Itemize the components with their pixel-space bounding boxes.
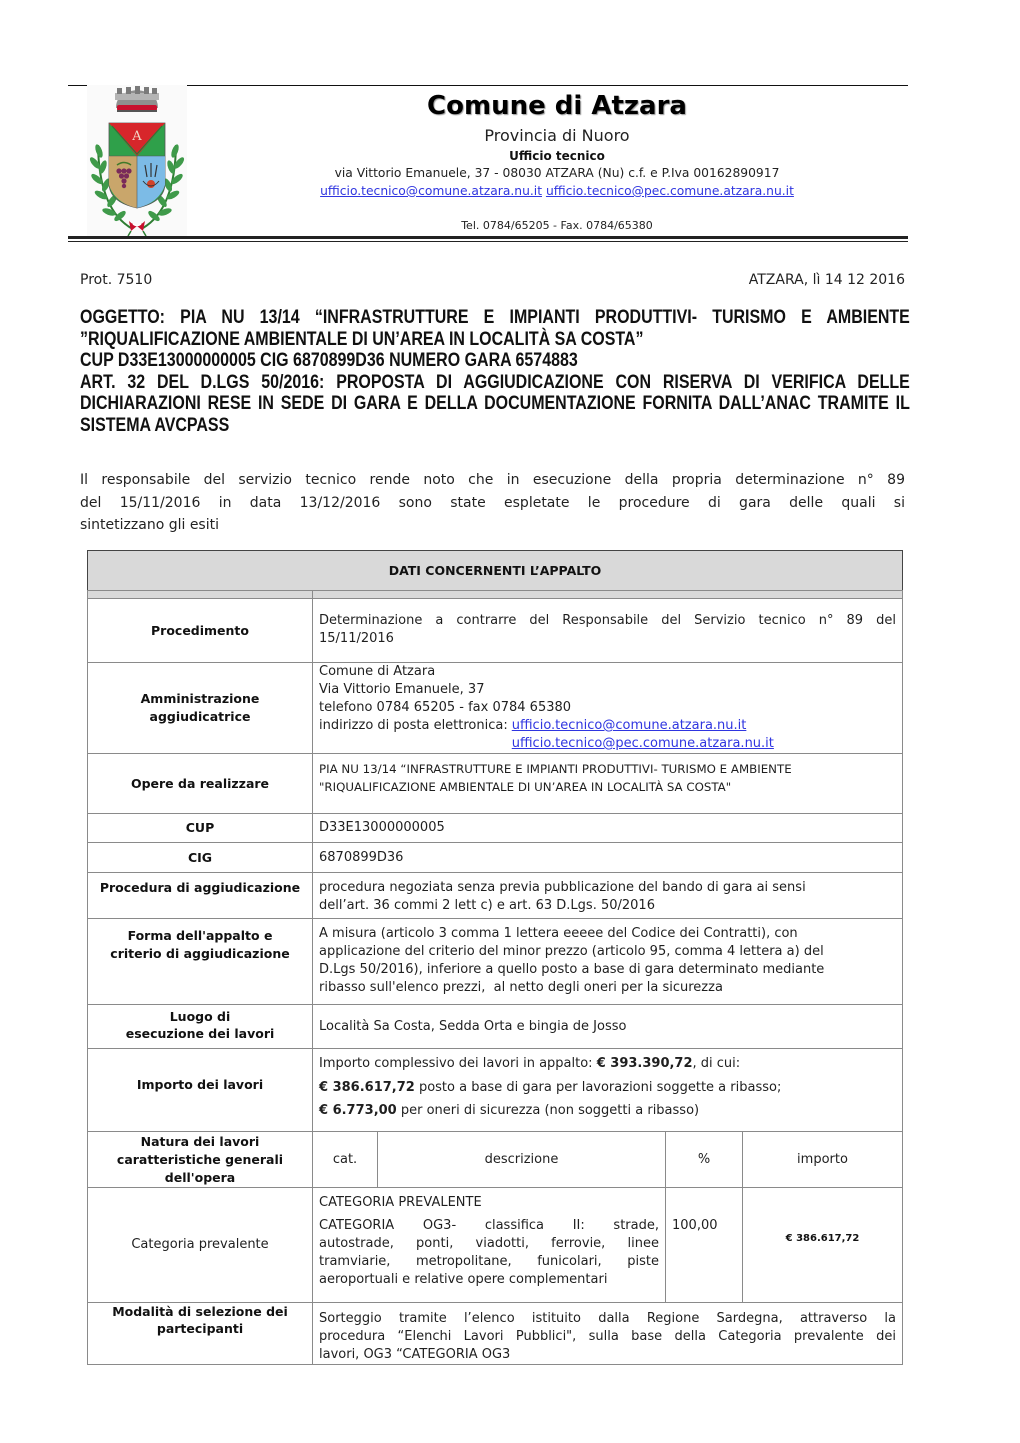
row-forma: Forma dell'appalto e criterio di aggiudi… bbox=[88, 919, 903, 1005]
svg-text:A: A bbox=[131, 129, 142, 144]
table-header-strip bbox=[88, 591, 903, 599]
row-categoria: Categoria prevalente CATEGORIA PREVALENT… bbox=[88, 1188, 903, 1303]
row-natura: Natura dei lavori caratteristiche genera… bbox=[88, 1132, 903, 1188]
row-label: Natura dei lavori caratteristiche genera… bbox=[88, 1132, 313, 1188]
row-value: PIA NU 13/14 “INFRASTRUTTURE E IMPIANTI … bbox=[313, 754, 903, 814]
email-label: indirizzo di posta elettronica: bbox=[319, 717, 508, 753]
contract-data-table: DATI CONCERNENTI L’APPALTO Procedimento … bbox=[87, 550, 903, 1365]
column-header-percent: % bbox=[666, 1132, 743, 1188]
row-label: Modalità di selezione dei partecipanti bbox=[88, 1303, 313, 1365]
row-label: Forma dell'appalto e criterio di aggiudi… bbox=[88, 919, 313, 1005]
intro-line: sintetizzano gli esiti bbox=[80, 514, 905, 537]
province-name: Provincia di Nuoro bbox=[296, 126, 818, 146]
row-value: procedura negoziata senza previa pubblic… bbox=[313, 873, 903, 919]
subject-line: CUP D33E13000000005 CIG 6870899D36 NUMER… bbox=[80, 350, 910, 372]
intro-line: Il responsabile del servizio tecnico ren… bbox=[80, 469, 905, 492]
row-label: Procedimento bbox=[88, 599, 313, 663]
row-value: Determinazione a contrarre del Responsab… bbox=[313, 599, 903, 663]
column-header-descrizione: descrizione bbox=[378, 1132, 666, 1188]
phone-fax: Tel. 0784/65205 - Fax. 0784/65380 bbox=[296, 218, 818, 234]
row-label: CIG bbox=[88, 843, 313, 873]
row-procedimento: Procedimento Determinazione a contrarre … bbox=[88, 599, 903, 663]
safety-amount: € 6.773,00 bbox=[319, 1103, 397, 1118]
coat-of-arms-icon: A bbox=[87, 85, 187, 237]
office-name: Ufficio tecnico bbox=[296, 148, 818, 164]
header-top-rule bbox=[68, 85, 908, 86]
row-cup: CUP D33E13000000005 bbox=[88, 814, 903, 843]
row-label: CUP bbox=[88, 814, 313, 843]
intro-line: del 15/11/2016 in data 13/12/2016 sono s… bbox=[80, 492, 905, 515]
categoria-percent: 100,00 bbox=[666, 1188, 743, 1303]
subject-line: ART. 32 DEL D.LGS 50/2016: PROPOSTA DI A… bbox=[80, 372, 910, 394]
row-importo: Importo dei lavori Importo complessivo d… bbox=[88, 1049, 903, 1132]
row-label: Opere da realizzare bbox=[88, 754, 313, 814]
row-opere: Opere da realizzare PIA NU 13/14 “INFRAS… bbox=[88, 754, 903, 814]
column-header-cat: cat. bbox=[313, 1132, 378, 1188]
header-email-links: ufficio.tecnico@comune.atzara.nu.it uffi… bbox=[296, 183, 818, 199]
header-bottom-rule-thin bbox=[68, 241, 908, 242]
cig-value: 6870899D36 bbox=[313, 843, 903, 873]
table-header-row: DATI CONCERNENTI L’APPALTO bbox=[88, 551, 903, 591]
email-link-office[interactable]: ufficio.tecnico@comune.atzara.nu.it bbox=[320, 184, 542, 198]
row-value: A misura (articolo 3 comma 1 lettera eee… bbox=[313, 919, 903, 1005]
row-value: Comune di Atzara Via Vittorio Emanuele, … bbox=[313, 663, 903, 754]
email-link-office[interactable]: ufficio.tecnico@comune.atzara.nu.it bbox=[512, 717, 774, 735]
office-address: via Vittorio Emanuele, 37 - 08030 ATZARA… bbox=[296, 165, 818, 181]
cup-value: D33E13000000005 bbox=[313, 814, 903, 843]
categoria-description: CATEGORIA PREVALENTE CATEGORIA OG3- clas… bbox=[313, 1188, 666, 1303]
row-procedura: Procedura di aggiudicazione procedura ne… bbox=[88, 873, 903, 919]
row-label: Procedura di aggiudicazione bbox=[88, 873, 313, 919]
subject-line: SISTEMA AVCPASS bbox=[80, 415, 910, 437]
row-label: Amministrazione aggiudicatrice bbox=[88, 663, 313, 754]
subject-block: OGGETTO: PIA NU 13/14 “INFRASTRUTTURE E … bbox=[80, 307, 910, 437]
base-amount: € 386.617,72 bbox=[319, 1080, 415, 1095]
protocol-number: Prot. 7510 bbox=[80, 270, 152, 290]
table-title: DATI CONCERNENTI L’APPALTO bbox=[88, 551, 903, 591]
row-luogo: Luogo di esecuzione dei lavori Località … bbox=[88, 1005, 903, 1049]
row-cig: CIG 6870899D36 bbox=[88, 843, 903, 873]
row-amministrazione: Amministrazione aggiudicatrice Comune di… bbox=[88, 663, 903, 754]
intro-paragraph: Il responsabile del servizio tecnico ren… bbox=[80, 469, 905, 537]
subject-line: DICHIARAZIONI RESE IN SEDE DI GARA E DEL… bbox=[80, 393, 910, 415]
row-value: Località Sa Costa, Sedda Orta e bingia d… bbox=[313, 1005, 903, 1049]
place-date: ATZARA, lì 14 12 2016 bbox=[749, 270, 905, 290]
column-header-importo: importo bbox=[743, 1132, 903, 1188]
header-bottom-rule bbox=[68, 236, 908, 239]
email-link-pec[interactable]: ufficio.tecnico@pec.comune.atzara.nu.it bbox=[512, 735, 774, 753]
categoria-amount: € 386.617,72 bbox=[743, 1188, 903, 1303]
row-label: Importo dei lavori bbox=[88, 1049, 313, 1132]
subject-line: OGGETTO: PIA NU 13/14 “INFRASTRUTTURE E … bbox=[80, 307, 910, 329]
municipality-title: Comune di Atzara bbox=[296, 91, 818, 121]
row-value: Sorteggio tramite l’elenco istituito dal… bbox=[313, 1303, 903, 1365]
row-label: Luogo di esecuzione dei lavori bbox=[88, 1005, 313, 1049]
row-label: Categoria prevalente bbox=[88, 1188, 313, 1303]
subject-line: ”RIQUALIFICAZIONE AMBIENTALE DI UN’AREA … bbox=[80, 329, 910, 351]
row-value: Importo complessivo dei lavori in appalt… bbox=[313, 1049, 903, 1132]
email-link-pec[interactable]: ufficio.tecnico@pec.comune.atzara.nu.it bbox=[546, 184, 794, 198]
total-amount: € 393.390,72 bbox=[597, 1056, 693, 1071]
row-modalita: Modalità di selezione dei partecipanti S… bbox=[88, 1303, 903, 1365]
